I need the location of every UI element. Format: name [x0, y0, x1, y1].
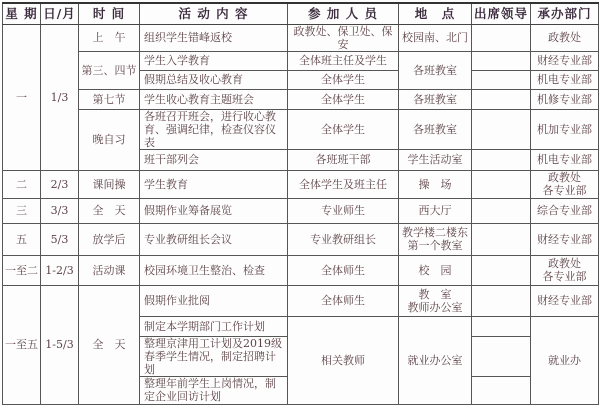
- cell-activity: 学生入学教育: [140, 51, 288, 70]
- cell-department: 综合专业部: [531, 198, 599, 223]
- cell-date: 1-5/3: [41, 285, 79, 381]
- cell-date: 1/3: [41, 24, 79, 170]
- cell-activity: 班干部列会: [140, 149, 288, 170]
- cell-location: 各班教室: [399, 89, 472, 109]
- table-row: 晚自习 各班召开班会，进行收心教育、强调纪律，检查仪容仪表 全体学生 各班教室 …: [3, 109, 599, 149]
- cell-location: 各班教室: [399, 109, 472, 149]
- cell-week: 一: [3, 24, 41, 170]
- cell-time: 第三、四节: [79, 51, 140, 89]
- cell-date: 3/3: [41, 198, 79, 223]
- cell-date: 5/3: [41, 223, 79, 255]
- cell-location: 西大厅: [399, 198, 472, 223]
- col-header-leaders: 出席领导: [472, 3, 531, 24]
- cell-time: 活动课: [79, 255, 140, 285]
- cell-department: 财经专业部: [531, 285, 599, 316]
- cell-time: 课间操: [79, 170, 140, 198]
- col-header-department: 承办部门: [531, 3, 599, 24]
- cell-leader: [472, 223, 531, 255]
- cell-leader: [472, 70, 531, 89]
- cell-activity: 专业教研组长会议: [140, 223, 288, 255]
- cell-leader: [472, 316, 531, 336]
- col-header-week: 星 期: [3, 3, 41, 24]
- cell-department: 机电专业部: [531, 70, 599, 89]
- table-row: 五 5/3 放学后 专业教研组长会议 专业教研组长 教学楼二楼东 第一个教室 财…: [3, 223, 599, 255]
- cell-participants: 全体学生: [288, 70, 399, 89]
- cell-participants: 专业师生: [288, 198, 399, 223]
- cell-activity: 学生收心教育主题班会: [140, 89, 288, 109]
- cell-leader: [472, 24, 531, 51]
- cell-date: 1-2/3: [41, 255, 79, 285]
- header-row: 星 期 日/月 时 间 活 动 内 容 参 加 人 员 地 点 出席领导 承办部…: [3, 3, 599, 24]
- cell-activity: 各班召开班会，进行收心教育、强调纪律，检查仪容仪表: [140, 109, 288, 149]
- cell-activity: 组织学生错峰返校: [140, 24, 288, 51]
- cell-activity: 制定本学期部门工作计划: [140, 316, 288, 336]
- cell-week: 一至二: [3, 255, 41, 285]
- cell-leader: [472, 255, 531, 285]
- table-row: 三 3/3 全 天 假期作业筹备展览 专业师生 西大厅 综合专业部: [3, 198, 599, 223]
- cell-department: 政教处 各专业部: [531, 255, 599, 285]
- cell-time: 晚自习: [79, 109, 140, 170]
- cell-time: 放学后: [79, 223, 140, 255]
- cell-week: 二: [3, 170, 41, 198]
- table-row: 一至五 1-5/3 全 天 假期作业批阅 全体师生 教 室 教师办公室 财经专业…: [3, 285, 599, 316]
- table-row: 第七节 学生收心教育主题班会 全体学生 各班教室 机修专业部: [3, 89, 599, 109]
- col-header-location: 地 点: [399, 3, 472, 24]
- cell-participants: 全体学生: [288, 109, 399, 149]
- cell-time: 第七节: [79, 89, 140, 109]
- cell-leader: [472, 198, 531, 223]
- cell-location: 就业办公室: [399, 316, 472, 381]
- cell-activity: 假期作业筹备展览: [140, 198, 288, 223]
- cell-leader: [472, 109, 531, 149]
- col-header-date: 日/月: [41, 3, 79, 24]
- col-header-time: 时 间: [79, 3, 140, 24]
- cell-location: 学生活动室: [399, 149, 472, 170]
- cell-leader: [472, 89, 531, 109]
- cell-department: 财经专业部: [531, 51, 599, 70]
- cell-participants: 全体师生: [288, 255, 399, 285]
- cell-location: 校 园: [399, 255, 472, 285]
- col-header-participants: 参 加 人 员: [288, 3, 399, 24]
- cell-department: 政教处: [531, 24, 599, 51]
- cell-activity: 假期总结及收心教育: [140, 70, 288, 89]
- cell-location: 各班教室: [399, 51, 472, 89]
- cell-activity: 假期作业批阅: [140, 285, 288, 316]
- table-row: 第三、四节 学生入学教育 全体班主任及学生 各班教室 财经专业部: [3, 51, 599, 70]
- table-row: 二 2/3 课间操 学生教育 全体学生及班主任 操 场 政教处 各专业部: [3, 170, 599, 198]
- cell-leader: [472, 336, 531, 376]
- cell-department: 机电专业部: [531, 149, 599, 170]
- cell-date: 2/3: [41, 170, 79, 198]
- cell-department: 机修专业部: [531, 89, 599, 109]
- cell-week: 一至五: [3, 285, 41, 381]
- col-header-activity: 活 动 内 容: [140, 3, 288, 24]
- cell-leader: [472, 285, 531, 316]
- table-row: 一 1/3 上 午 组织学生错峰返校 政教处、保卫处、保安 校园南、北门 政教处: [3, 24, 599, 51]
- cell-time: 上 午: [79, 24, 140, 51]
- cell-department: 财经专业部: [531, 223, 599, 255]
- cell-activity: 整理年前学生上岗情况，制定企业回访计划: [140, 376, 288, 381]
- cell-activity: 整理京津用工计划及2019级春季学生情况，制定招聘计划: [140, 336, 288, 376]
- cell-week: 三: [3, 198, 41, 223]
- cell-participants: 政教处、保卫处、保安: [288, 24, 399, 51]
- cell-participants: 全体学生: [288, 89, 399, 109]
- cell-time: 全 天: [79, 198, 140, 223]
- cell-leader: [472, 149, 531, 170]
- schedule-table: 星 期 日/月 时 间 活 动 内 容 参 加 人 员 地 点 出席领导 承办部…: [2, 2, 599, 381]
- cell-participants: 全体学生及班主任: [288, 170, 399, 198]
- cell-activity: 校园环境卫生整治、检查: [140, 255, 288, 285]
- cell-location: 教学楼二楼东 第一个教室: [399, 223, 472, 255]
- cell-leader: [472, 376, 531, 381]
- cell-participants: 全体师生: [288, 285, 399, 316]
- cell-activity: 学生教育: [140, 170, 288, 198]
- cell-leader: [472, 170, 531, 198]
- cell-participants: 专业教研组长: [288, 223, 399, 255]
- cell-participants: 全体班主任及学生: [288, 51, 399, 70]
- cell-week: 五: [3, 223, 41, 255]
- cell-department: 就业办: [531, 316, 599, 381]
- cell-location: 操 场: [399, 170, 472, 198]
- cell-location: 校园南、北门: [399, 24, 472, 51]
- table-row: 一至二 1-2/3 活动课 校园环境卫生整治、检查 全体师生 校 园 政教处 各…: [3, 255, 599, 285]
- cell-participants: 相关教师: [288, 316, 399, 381]
- cell-participants: 各班班干部: [288, 149, 399, 170]
- cell-department: 机加专业部: [531, 109, 599, 149]
- cell-department: 政教处 各专业部: [531, 170, 599, 198]
- cell-leader: [472, 51, 531, 70]
- cell-time: 全 天: [79, 285, 140, 381]
- cell-location: 教 室 教师办公室: [399, 285, 472, 316]
